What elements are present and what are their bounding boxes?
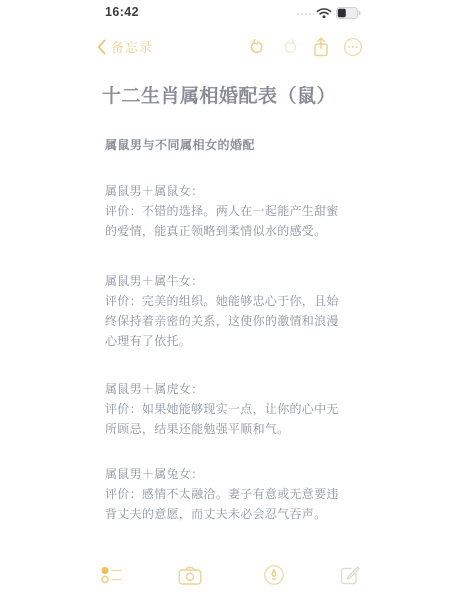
back-chevron-icon: [97, 39, 106, 55]
redo-icon[interactable]: [280, 38, 299, 57]
section-heading: 属鼠男＋属虎女：: [105, 379, 349, 399]
share-icon[interactable]: [312, 36, 330, 58]
more-icon[interactable]: [343, 37, 363, 57]
bottom-toolbar: [91, 560, 369, 594]
note-title: 十二生肖属相婚配表（鼠）: [102, 81, 358, 108]
section-body: 评价：不错的选择。两人在一起能产生甜蜜的爱情，能真正领略到柔情似水的感受。: [105, 201, 349, 241]
section-rat-tiger: 属鼠男＋属虎女： 评价：如果她能够现实一点，让你的心中无所顾忌，结果还能勉强平顺…: [105, 379, 349, 439]
checklist-icon[interactable]: [99, 562, 125, 588]
section-rat-rat: 属鼠男＋属鼠女： 评价：不错的选择。两人在一起能产生甜蜜的爱情，能真正领略到柔情…: [105, 181, 349, 241]
section-heading: 属鼠男＋属鼠女：: [105, 181, 349, 201]
notes-app-screen: 16:42: [0, 0, 459, 600]
camera-icon[interactable]: [177, 562, 203, 588]
section-rat-ox: 属鼠男＋属牛女： 评价：完美的组织。她能够忠心于你，且始终保持着亲密的关系，这使…: [105, 271, 349, 351]
nav-actions: [248, 36, 363, 58]
section-body: 评价：感情不太融洽。妻子有意或无意要违背丈夫的意愿，而丈夫未必会忍气吞声。: [105, 484, 349, 524]
note-subtitle: 属鼠男与不同属相女的婚配: [105, 136, 355, 153]
section-heading: 属鼠男＋属兔女：: [105, 464, 349, 484]
undo-icon[interactable]: [248, 38, 267, 57]
nav-bar: 备忘录: [91, 36, 369, 62]
wifi-icon: [316, 7, 332, 19]
status-bar: 16:42: [91, 2, 369, 22]
cellular-signal-icon: [296, 10, 312, 16]
battery-icon: [336, 7, 361, 19]
back-button[interactable]: 备忘录: [97, 37, 153, 56]
status-icons: [296, 7, 361, 19]
section-body: 评价：如果她能够现实一点，让你的心中无所顾忌，结果还能勉强平顺和气。: [105, 399, 349, 439]
compose-icon[interactable]: [337, 562, 363, 588]
section-rat-rabbit: 属鼠男＋属兔女： 评价：感情不太融洽。妻子有意或无意要违背丈夫的意愿，而丈夫未必…: [105, 464, 349, 524]
section-body: 评价：完美的组织。她能够忠心于你，且始终保持着亲密的关系，这使你的激情和浪漫心理…: [105, 291, 349, 351]
back-label: 备忘录: [111, 37, 153, 56]
phone-content: 16:42: [91, 0, 369, 600]
section-heading: 属鼠男＋属牛女：: [105, 271, 349, 291]
status-time: 16:42: [105, 5, 139, 19]
markup-icon[interactable]: [261, 562, 287, 588]
